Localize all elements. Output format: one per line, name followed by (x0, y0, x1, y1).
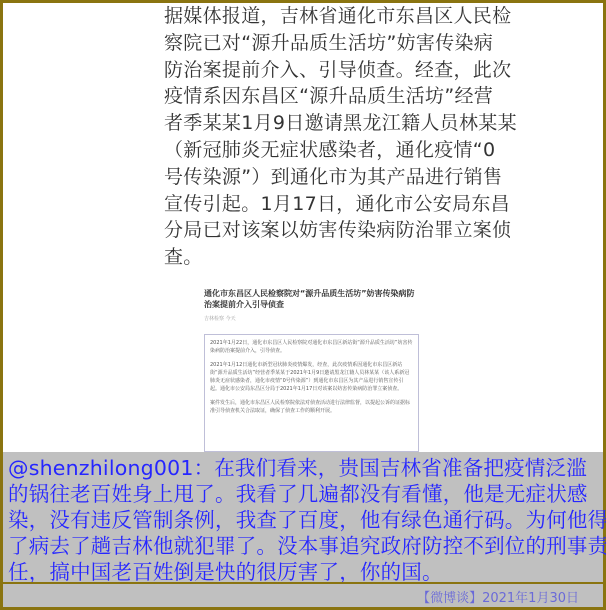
article-line: （新冠肺炎无症状感染者，通化疫情“0 (164, 137, 450, 164)
footer-bar: 【微博谈】2021年1月30日 (3, 584, 603, 607)
comment-line: @shenzhilong001：在我们看来，贵国吉林省准备把疫情泛滥 (8, 455, 599, 481)
article-line: 者季某某1月9日邀请黑龙江籍人员林某某 (164, 110, 450, 137)
article-line: 查。 (164, 244, 450, 271)
article-excerpt: 据媒体报道，吉林省通化市东昌区人民检 察院已对“源升品质生活坊”妨害传染病 防治… (164, 3, 450, 271)
article-line: 疫情系因东昌区“源升品质生活坊”经营 (164, 83, 450, 110)
document-meta: 吉林检察 今天 (204, 315, 419, 322)
document-paragraph: 2021年1月12日通化市新型冠状肺炎疫情爆发，经查，此次疫情系因通化市东昌区新… (210, 361, 413, 393)
comment-line: 的锅往老百姓身上甩了。我看了几遍都没有看懂，他是无症状感 (8, 481, 599, 507)
article-line: 防治案提前介入、引导侦查。经查，此次 (164, 57, 450, 84)
document-title: 通化市东昌区人民检察院对“源升品质生活坊”妨害传染病防治案提前介入引导侦查 (204, 288, 419, 310)
source-date: 【微博谈】2021年1月30日 (417, 587, 579, 606)
comment-line: 染，没有违反管制条例，我查了百度，他有绿色通行码。为何他得 (8, 507, 599, 533)
document-paragraph: 2021年1月22日，通化市东昌区人民检察院对通化市东昌区新站街“源升品质生活坊… (210, 339, 413, 355)
article-line: 号传染源”）到通化市为其产品进行销售 (164, 164, 450, 191)
document-body: 2021年1月22日，通化市东昌区人民检察院对通化市东昌区新站街“源升品质生活坊… (204, 334, 419, 452)
comment-text: @shenzhilong001：在我们看来，贵国吉林省准备把疫情泛滥 的锅往老百… (3, 452, 603, 585)
embedded-document-screenshot: 通化市东昌区人民检察院对“源升品质生活坊”妨害传染病防治案提前介入引导侦查 吉林… (204, 288, 419, 452)
article-line: 分局已对该案以妨害传染病防治罪立案侦 (164, 217, 450, 244)
comment-panel: @shenzhilong001：在我们看来，贵国吉林省准备把疫情泛滥 的锅往老百… (3, 452, 603, 582)
article-line: 察院已对“源升品质生活坊”妨害传染病 (164, 30, 450, 57)
comment-line: 了病去了趟吉林他就犯罪了。没本事追究政府防控不到位的刑事责 (8, 533, 599, 559)
article-line: 宣传引起。1月17日，通化市公安局东昌 (164, 191, 450, 218)
article-line: 据媒体报道，吉林省通化市东昌区人民检 (164, 3, 450, 30)
document-paragraph: 案件发生后，通化市东昌区人民检察院依法对侦查活动进行法律监督，以提起公诉的证据标… (210, 399, 413, 415)
